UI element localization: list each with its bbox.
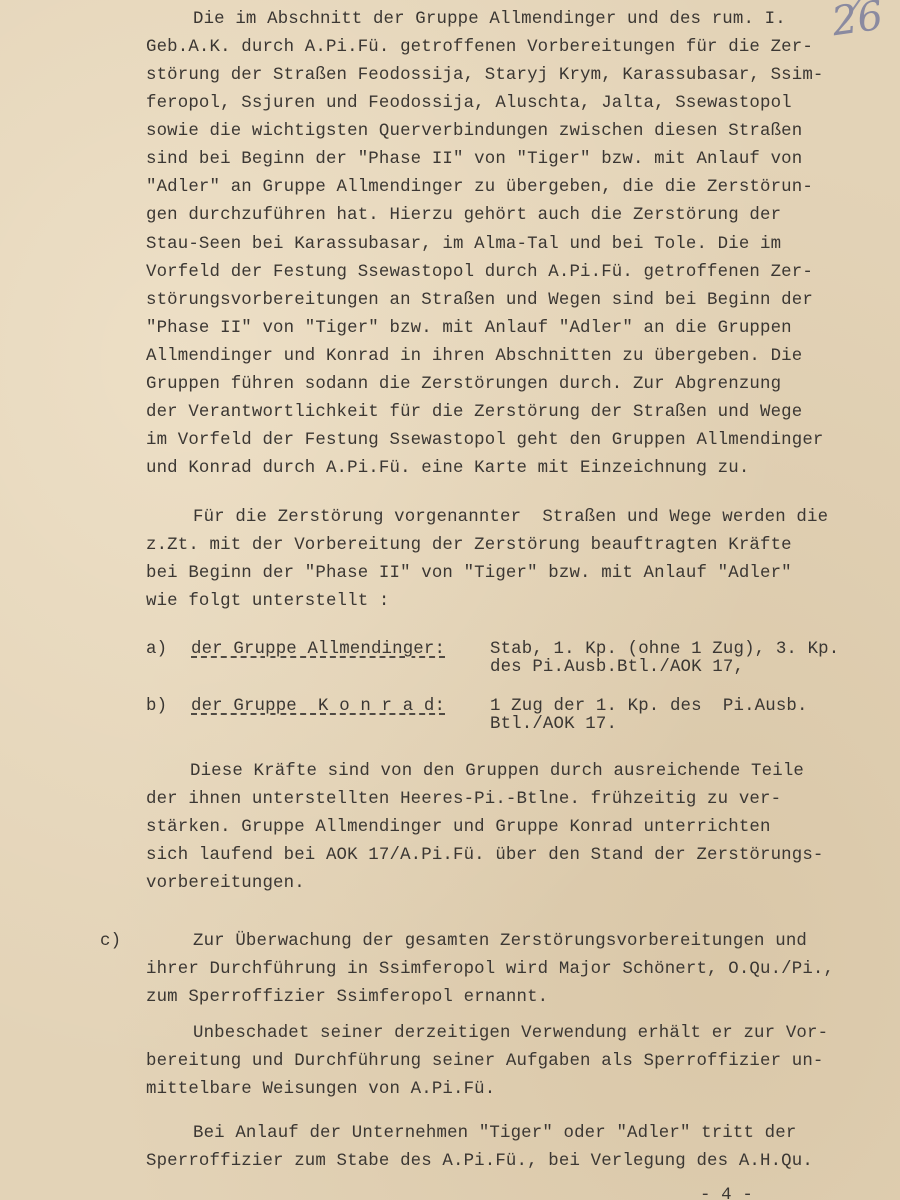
text-line: Allmendinger und Konrad in ihren Abschni… xyxy=(146,347,802,367)
section-marker: c) xyxy=(100,932,121,952)
list-label: der Gruppe K o n r a d: xyxy=(191,697,445,717)
list-text: Btl./AOK 17. xyxy=(490,715,617,735)
text-line: störungsvorbereitungen an Straßen und We… xyxy=(146,291,813,311)
text-line: Die im Abschnitt der Gruppe Allmendinger… xyxy=(193,10,786,30)
text-line: und Konrad durch A.Pi.Fü. eine Karte mit… xyxy=(146,459,749,479)
text-line: mittelbare Weisungen von A.Pi.Fü. xyxy=(146,1080,495,1100)
text-line: sich laufend bei AOK 17/A.Pi.Fü. über de… xyxy=(146,846,824,866)
text-line: störung der Straßen Feodossija, Staryj K… xyxy=(146,66,824,86)
text-line: feropol, Ssjuren und Feodossija, Aluscht… xyxy=(146,94,792,114)
text-line: sind bei Beginn der "Phase II" von "Tige… xyxy=(146,150,802,170)
text-line: "Phase II" von "Tiger" bzw. mit Anlauf "… xyxy=(146,319,792,339)
text-line: Sperroffizier zum Stabe des A.Pi.Fü., be… xyxy=(146,1152,813,1172)
text-line: vorbereitungen. xyxy=(146,874,305,894)
list-label: der Gruppe Allmendinger: xyxy=(191,640,445,660)
text-line: der Verantwortlichkeit für die Zerstörun… xyxy=(146,403,802,423)
list-text: 1 Zug der 1. Kp. des Pi.Ausb. xyxy=(490,697,808,717)
text-line: Geb.A.K. durch A.Pi.Fü. getroffenen Vorb… xyxy=(146,38,813,58)
text-line: Diese Kräfte sind von den Gruppen durch … xyxy=(190,762,804,782)
text-line: ihrer Durchführung in Ssimferopol wird M… xyxy=(146,960,834,980)
text-line: "Adler" an Gruppe Allmendinger zu überge… xyxy=(146,178,813,198)
text-line: Unbeschadet seiner derzeitigen Verwendun… xyxy=(193,1024,828,1044)
page-number: - 4 - xyxy=(700,1186,753,1200)
text-line: Stau-Seen bei Karassubasar, im Alma-Tal … xyxy=(146,235,781,255)
text-line: Bei Anlauf der Unternehmen "Tiger" oder … xyxy=(193,1124,796,1144)
text-line: bereitung und Durchführung seiner Aufgab… xyxy=(146,1052,824,1072)
list-marker: b) xyxy=(146,697,167,717)
text-line: Vorfeld der Festung Ssewastopol durch A.… xyxy=(146,263,813,283)
text-line: stärken. Gruppe Allmendinger und Gruppe … xyxy=(146,818,771,838)
text-line: der ihnen unterstellten Heeres-Pi.-Btlne… xyxy=(146,790,781,810)
list-text: Stab, 1. Kp. (ohne 1 Zug), 3. Kp. xyxy=(490,640,839,660)
text-line: gen durchzuführen hat. Hierzu gehört auc… xyxy=(146,206,781,226)
handwritten-page-mark: 26 xyxy=(829,0,886,45)
text-line: im Vorfeld der Festung Ssewastopol geht … xyxy=(146,431,824,451)
document-page: 26 Die im Abschnitt der Gruppe Allmendin… xyxy=(0,0,900,1200)
list-marker: a) xyxy=(146,640,167,660)
list-text: des Pi.Ausb.Btl./AOK 17, xyxy=(490,658,744,678)
text-line: bei Beginn der "Phase II" von "Tiger" bz… xyxy=(146,564,792,584)
text-line: wie folgt unterstellt : xyxy=(146,592,389,612)
text-line: zum Sperroffizier Ssimferopol ernannt. xyxy=(146,988,548,1008)
text-line: Gruppen führen sodann die Zerstörungen d… xyxy=(146,375,781,395)
text-line: Für die Zerstörung vorgenannter Straßen … xyxy=(193,508,828,528)
text-line: Zur Überwachung der gesamten Zerstörungs… xyxy=(193,932,807,952)
text-line: sowie die wichtigsten Querverbindungen z… xyxy=(146,122,802,142)
text-line: z.Zt. mit der Vorbereitung der Zerstörun… xyxy=(146,536,792,556)
